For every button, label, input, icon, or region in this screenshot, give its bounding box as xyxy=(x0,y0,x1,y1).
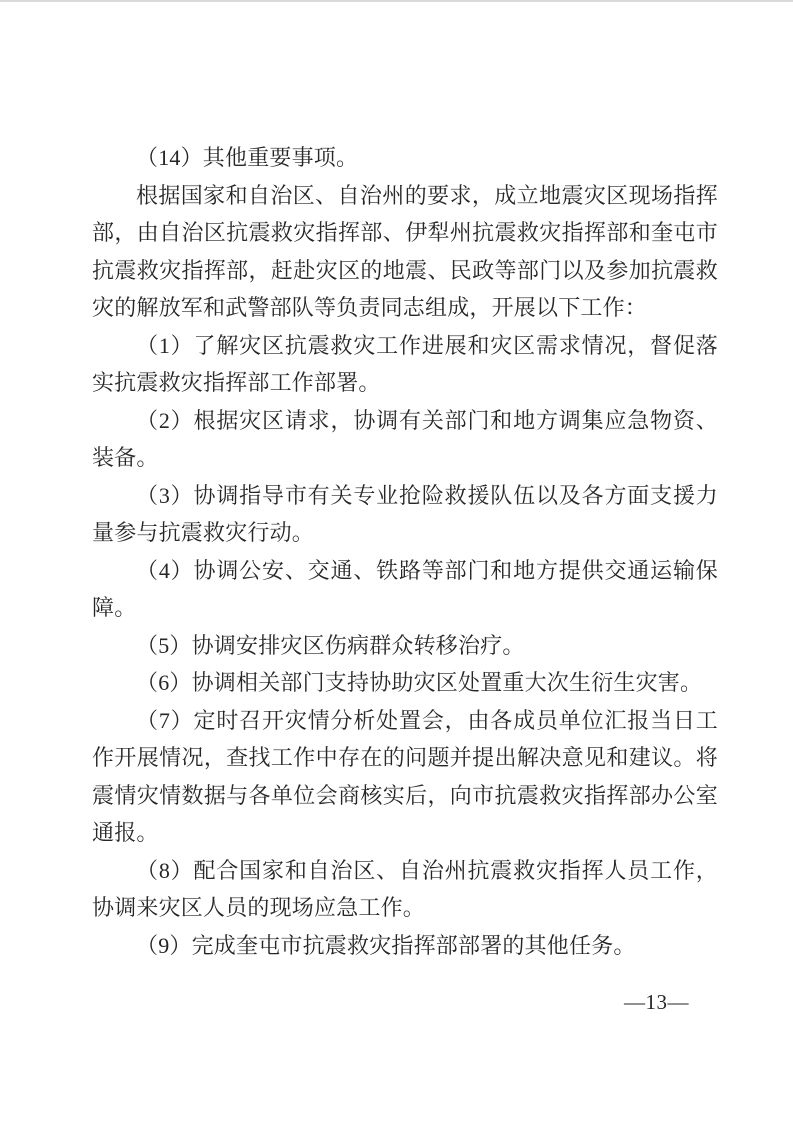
document-body-text: （14）其他重要事项。根据国家和自治区、自治州的要求，成立地震灾区现场指挥部，由… xyxy=(92,139,718,964)
document-page: （14）其他重要事项。根据国家和自治区、自治州的要求，成立地震灾区现场指挥部，由… xyxy=(0,0,793,1122)
paragraph: （6）协调相关部门支持协助灾区处置重大次生衍生灾害。 xyxy=(92,664,718,702)
paragraph: （9）完成奎屯市抗震救灾指挥部部署的其他任务。 xyxy=(92,927,718,965)
paragraph: （4）协调公安、交通、铁路等部门和地方提供交通运输保障。 xyxy=(92,552,718,627)
paragraph: （7）定时召开灾情分析处置会，由各成员单位汇报当日工作开展情况，查找工作中存在的… xyxy=(92,702,718,852)
paragraph: （8）配合国家和自治区、自治州抗震救灾指挥人员工作，协调来灾区人员的现场应急工作… xyxy=(92,852,718,927)
paragraph: 根据国家和自治区、自治州的要求，成立地震灾区现场指挥部，由自治区抗震救灾指挥部、… xyxy=(92,177,718,327)
paragraph: （3）协调指导市有关专业抢险救援队伍以及各方面支援力量参与抗震救灾行动。 xyxy=(92,477,718,552)
paragraph: （5）协调安排灾区伤病群众转移治疗。 xyxy=(92,627,718,665)
paragraph: （1）了解灾区抗震救灾工作进展和灾区需求情况，督促落实抗震救灾指挥部工作部署。 xyxy=(92,327,718,402)
paragraph: （14）其他重要事项。 xyxy=(92,139,718,177)
paragraph: （2）根据灾区请求，协调有关部门和地方调集应急物资、装备。 xyxy=(92,402,718,477)
scan-edge-artifact xyxy=(0,0,793,2)
page-number: —13— xyxy=(624,991,689,1013)
